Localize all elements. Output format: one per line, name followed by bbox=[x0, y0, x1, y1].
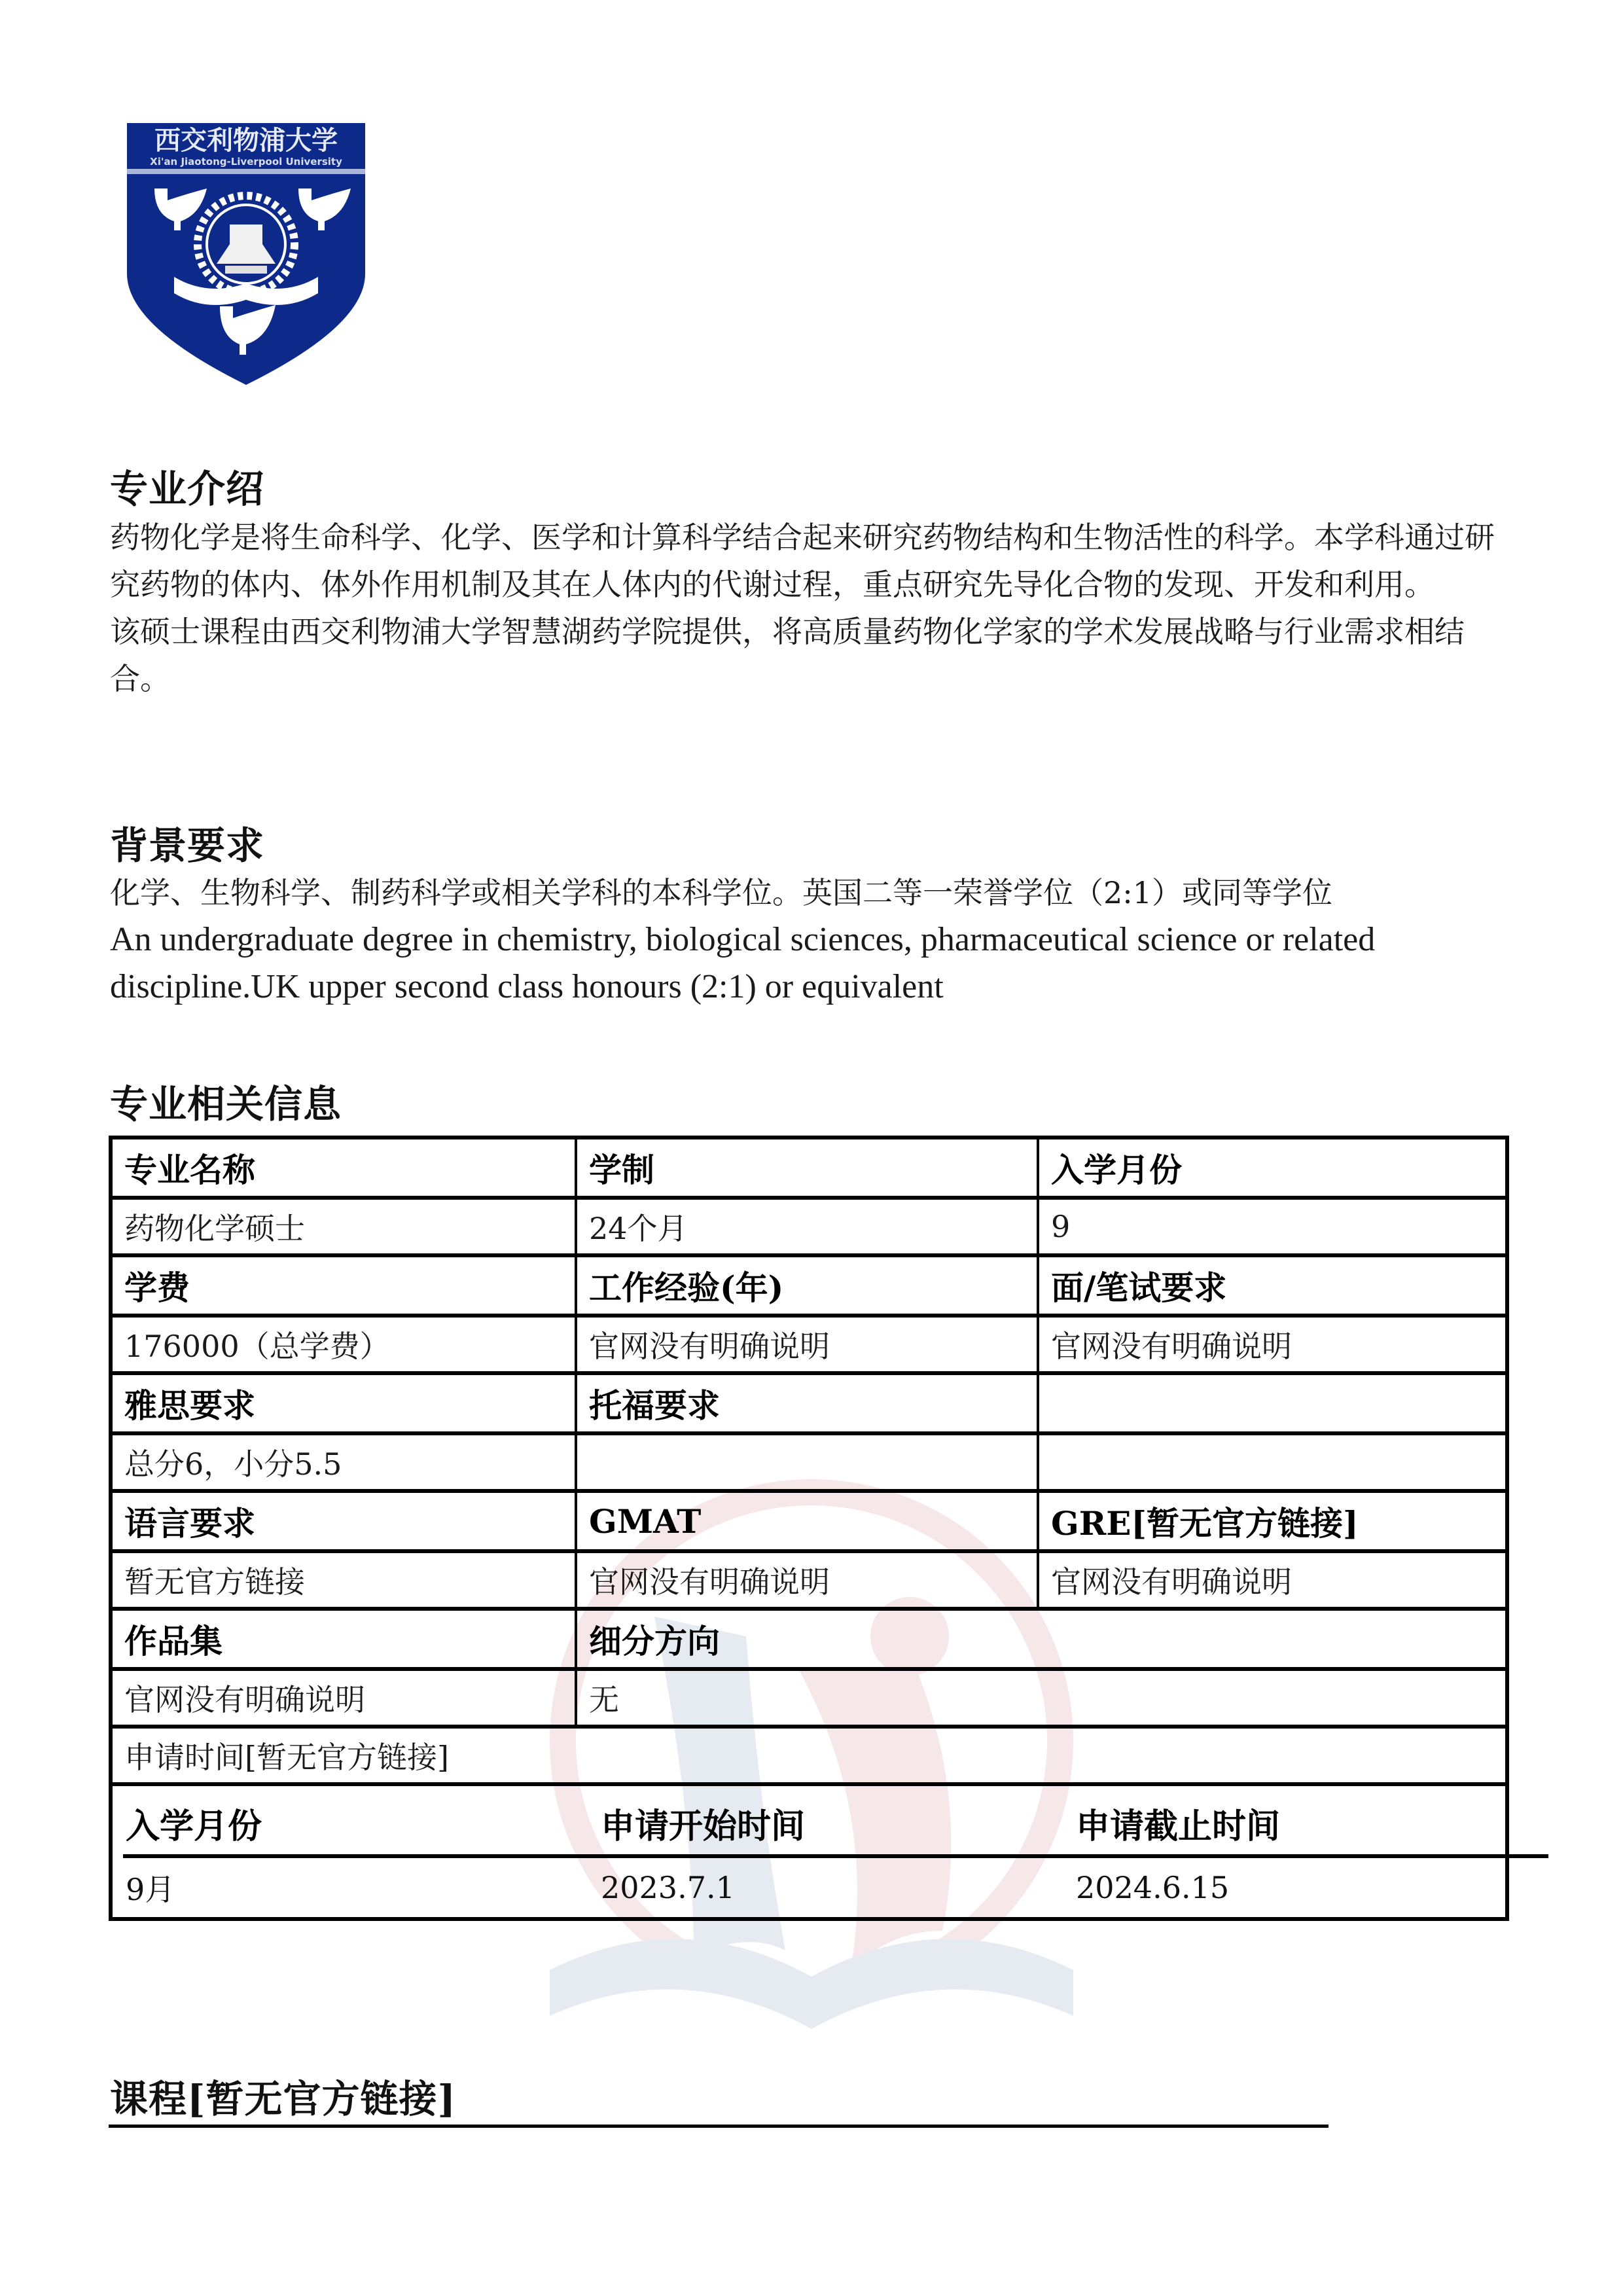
label-tuition: 学费 bbox=[113, 1257, 575, 1314]
section-title-intro: 专业介绍 bbox=[110, 458, 264, 513]
table-row: 学费 工作经验(年) 面/笔试要求 bbox=[113, 1257, 1505, 1318]
section-title-background: 背景要求 bbox=[110, 815, 264, 870]
label-portfolio: 作品集 bbox=[113, 1611, 575, 1667]
background-text-en: An undergraduate degree in chemistry, bi… bbox=[110, 916, 1517, 1011]
intro-text: 药物化学是将生命科学、化学、医学和计算科学结合起来研究药物结构和生物活性的科学。… bbox=[110, 514, 1517, 702]
empty-cell bbox=[1037, 1435, 1505, 1489]
value-toefl bbox=[575, 1435, 1037, 1489]
logo-name-en: Xi'an Jiaotong-Liverpool University bbox=[150, 156, 342, 168]
application-subtable-header: 入学月份 申请开始时间 申请截止时间 bbox=[123, 1786, 1548, 1858]
label-ielts: 雅思要求 bbox=[113, 1375, 575, 1431]
table-row: 专业名称 学制 入学月份 bbox=[113, 1139, 1505, 1200]
application-subtable: 入学月份 申请开始时间 申请截止时间 9月 2023.7.1 2024.6.15 bbox=[113, 1786, 1559, 1917]
university-logo: 西交利物浦大学 Xi'an Jiaotong-Liverpool Univers… bbox=[109, 110, 383, 391]
value-language: 暂无官方链接 bbox=[113, 1553, 575, 1607]
application-subtable-row: 入学月份 申请开始时间 申请截止时间 9月 2023.7.1 2024.6.15 bbox=[113, 1786, 1505, 1917]
value-specialization: 无 bbox=[575, 1671, 1505, 1725]
value-gmat: 官网没有明确说明 bbox=[575, 1553, 1037, 1607]
label-gre: GRE[暂无官方链接] bbox=[1037, 1493, 1505, 1549]
program-info-table: 专业名称 学制 入学月份 药物化学硕士 24个月 9 学费 工作经验(年) 面/… bbox=[109, 1136, 1509, 1921]
table-row: 暂无官方链接 官网没有明确说明 官网没有明确说明 bbox=[113, 1553, 1505, 1611]
intro-paragraph-1: 药物化学是将生命科学、化学、医学和计算科学结合起来研究药物结构和生物活性的科学。… bbox=[110, 514, 1517, 608]
value-program-name: 药物化学硕士 bbox=[113, 1200, 575, 1253]
value-tuition: 176000（总学费） bbox=[113, 1318, 575, 1371]
label-gmat: GMAT bbox=[575, 1493, 1037, 1549]
table-row: 药物化学硕士 24个月 9 bbox=[113, 1200, 1505, 1257]
value-app-intake: 9月 bbox=[123, 1866, 598, 1909]
value-gre: 官网没有明确说明 bbox=[1037, 1553, 1505, 1607]
section-title-info: 专业相关信息 bbox=[110, 1073, 342, 1128]
value-ielts: 总分6，小分5.5 bbox=[113, 1435, 575, 1489]
value-duration: 24个月 bbox=[575, 1200, 1037, 1253]
label-program-name: 专业名称 bbox=[113, 1139, 575, 1196]
label-specialization: 细分方向 bbox=[575, 1611, 1505, 1667]
logo-name-cn: 西交利物浦大学 bbox=[154, 125, 338, 156]
section-title-courses: 课程[暂无官方链接] bbox=[110, 2068, 456, 2123]
label-intake-month: 入学月份 bbox=[1037, 1139, 1505, 1196]
table-row: 总分6，小分5.5 bbox=[113, 1435, 1505, 1493]
table-row: 申请时间[暂无官方链接] bbox=[113, 1729, 1505, 1786]
label-app-start: 申请开始时间 bbox=[598, 1799, 1073, 1848]
value-portfolio: 官网没有明确说明 bbox=[113, 1671, 575, 1725]
label-interview-exam: 面/笔试要求 bbox=[1037, 1257, 1505, 1314]
table-row: 语言要求 GMAT GRE[暂无官方链接] bbox=[113, 1493, 1505, 1553]
background-text: 化学、生物科学、制药科学或相关学科的本科学位。英国二等一荣誉学位（2:1）或同等… bbox=[110, 869, 1517, 1011]
application-subtable-values: 9月 2023.7.1 2024.6.15 bbox=[123, 1858, 1548, 1917]
value-app-start: 2023.7.1 bbox=[598, 1870, 1073, 1905]
empty-cell bbox=[1037, 1375, 1505, 1431]
background-text-cn: 化学、生物科学、制药科学或相关学科的本科学位。英国二等一荣誉学位（2:1）或同等… bbox=[110, 869, 1517, 916]
value-interview-exam: 官网没有明确说明 bbox=[1037, 1318, 1505, 1371]
table-row: 作品集 细分方向 bbox=[113, 1611, 1505, 1671]
intro-paragraph-2: 该硕士课程由西交利物浦大学智慧湖药学院提供，将高质量药物化学家的学术发展战略与行… bbox=[110, 608, 1517, 702]
label-toefl: 托福要求 bbox=[575, 1375, 1037, 1431]
value-intake-month: 9 bbox=[1037, 1200, 1505, 1253]
label-work-experience: 工作经验(年) bbox=[575, 1257, 1037, 1314]
value-app-deadline: 2024.6.15 bbox=[1073, 1870, 1548, 1905]
courses-divider bbox=[109, 2125, 1329, 2128]
label-app-deadline: 申请截止时间 bbox=[1073, 1799, 1548, 1848]
label-duration: 学制 bbox=[575, 1139, 1037, 1196]
table-row: 雅思要求 托福要求 bbox=[113, 1375, 1505, 1435]
label-app-intake: 入学月份 bbox=[123, 1799, 598, 1848]
application-time-label: 申请时间[暂无官方链接] bbox=[113, 1729, 1505, 1782]
value-work-experience: 官网没有明确说明 bbox=[575, 1318, 1037, 1371]
table-row: 176000（总学费） 官网没有明确说明 官网没有明确说明 bbox=[113, 1318, 1505, 1375]
table-row: 官网没有明确说明 无 bbox=[113, 1671, 1505, 1729]
label-language: 语言要求 bbox=[113, 1493, 575, 1549]
